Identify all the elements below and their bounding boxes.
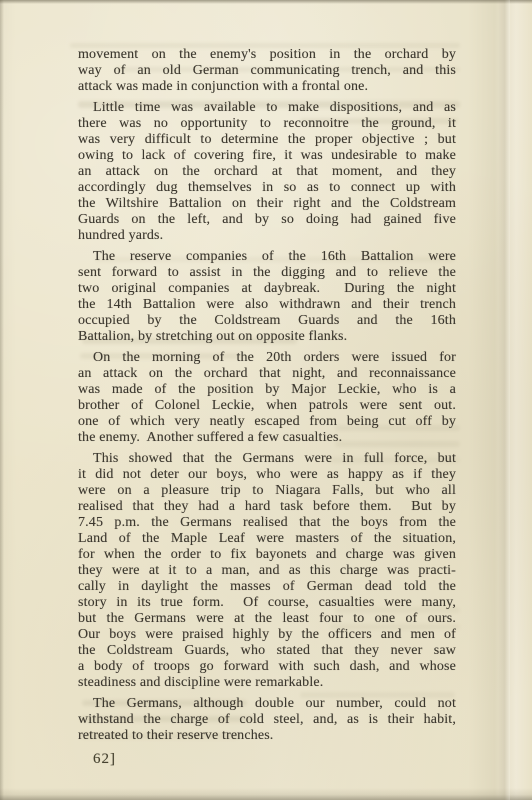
paragraph: On the morning of the 20th orders were i…	[78, 350, 456, 446]
text-line: cally in daylight the masses of German d…	[78, 579, 456, 595]
text-line: way of an old German communicating trenc…	[78, 63, 456, 79]
text-line: withstand the charge of cold steel, and,…	[78, 712, 456, 728]
page-edge-top	[0, 0, 532, 4]
page-text: movement on the enemy's position in the …	[78, 47, 456, 749]
text-line: it did not deter our boys, who were as h…	[78, 467, 456, 483]
text-line: an attack on the orchard at that moment,…	[78, 164, 456, 180]
text-line: the Coldstream Guards, who stated that t…	[78, 643, 456, 659]
text-line: steadiness and discipline were remarkabl…	[78, 675, 456, 691]
text-line: Guards on the left, and by so doing had …	[78, 212, 456, 228]
text-line: On the morning of the 20th orders were i…	[78, 350, 456, 366]
text-line: Our boys were praised highly by the offi…	[78, 627, 456, 643]
text-line: two original companies at daybreak. Duri…	[78, 281, 456, 297]
text-line: story in its true form. Of course, casua…	[78, 595, 456, 611]
page-edge-left	[0, 0, 4, 800]
text-line: was made of the position by Major Leckie…	[78, 382, 456, 398]
text-line: the 14th Battalion were also withdrawn a…	[78, 297, 456, 313]
text-line: The Germans, although double our number,…	[78, 696, 456, 712]
text-line: Land of the Maple Leaf were masters of t…	[78, 531, 456, 547]
paragraph: movement on the enemy's position in the …	[78, 47, 456, 95]
text-line: hundred yards.	[78, 228, 456, 244]
text-line: owing to lack of covering fire, it was u…	[78, 148, 456, 164]
text-line: This showed that the Germans were in ful…	[78, 451, 456, 467]
page-number: 62]	[93, 751, 116, 768]
text-line: they were at it to a man, and as this ch…	[78, 563, 456, 579]
book-page: movement on the enemy's position in the …	[0, 0, 532, 800]
text-line: realised that they had a hard task befor…	[78, 499, 456, 515]
page-edge-bottom	[0, 788, 532, 800]
text-line: brother of Colonel Leckie, when patrols …	[78, 398, 456, 414]
text-line: the enemy. Another suffered a few casual…	[78, 430, 456, 446]
paragraph: This showed that the Germans were in ful…	[78, 451, 456, 691]
paragraph: Little time was available to make dispos…	[78, 100, 456, 244]
paragraph: The Germans, although double our number,…	[78, 696, 456, 744]
text-line: Battalion, by stretching out on opposite…	[78, 329, 456, 345]
text-line: a body of troops go forward with such da…	[78, 659, 456, 675]
paragraph: The reserve companies of the 16th Battal…	[78, 249, 456, 345]
text-line: were on a pleasure trip to Niagara Falls…	[78, 483, 456, 499]
text-line: attack was made in conjunction with a fr…	[78, 79, 456, 95]
text-line: the Wiltshire Battalion on their right a…	[78, 196, 456, 212]
text-line: for when the order to fix bayonets and c…	[78, 547, 456, 563]
text-line: Little time was available to make dispos…	[78, 100, 456, 116]
text-line: there was no opportunity to reconnoitre …	[78, 116, 456, 132]
text-line: The reserve companies of the 16th Battal…	[78, 249, 456, 265]
text-line: accordingly dug themselves in so as to c…	[78, 180, 456, 196]
text-line: sent forward to assist in the digging an…	[78, 265, 456, 281]
text-line: was very difficult to determine the prop…	[78, 132, 456, 148]
text-line: but the Germans were at the least four t…	[78, 611, 456, 627]
text-line: 7.45 p.m. the Germans realised that the …	[78, 515, 456, 531]
text-line: one of which very neatly escaped from be…	[78, 414, 456, 430]
text-line: occupied by the Coldstream Guards and th…	[78, 313, 456, 329]
text-line: retreated to their reserve trenches.	[78, 728, 456, 744]
page-crease-right	[498, 0, 510, 800]
text-line: movement on the enemy's position in the …	[78, 47, 456, 63]
text-line: an attack on the orchard that night, and…	[78, 366, 456, 382]
